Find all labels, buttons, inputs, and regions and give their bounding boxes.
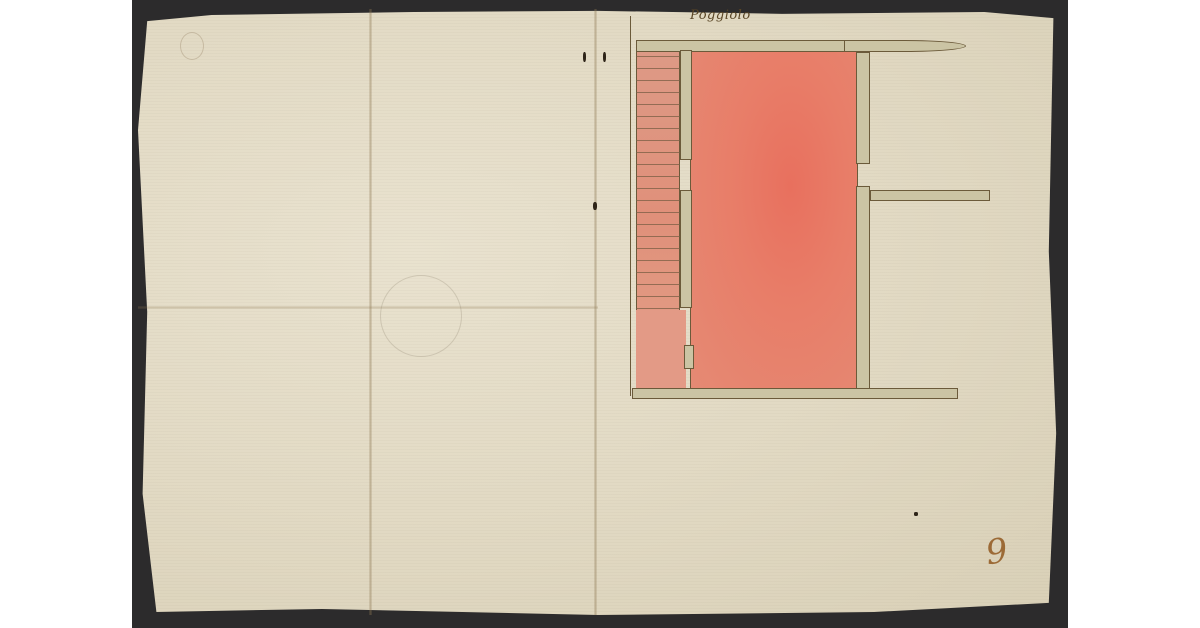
wall-top <box>636 40 860 52</box>
ink-mark <box>914 512 918 516</box>
fold-line-vertical-left <box>369 9 372 615</box>
manuscript-sheet <box>138 9 1058 615</box>
faded-folio-mark <box>180 32 204 60</box>
wall-left-middle <box>680 190 692 308</box>
fold-line-horizontal <box>138 306 598 309</box>
wall-right-upper <box>856 52 870 164</box>
center-gutter <box>594 9 597 615</box>
wall-top-extension <box>844 40 966 52</box>
wall-bottom <box>632 388 958 399</box>
stair-landing <box>636 310 686 392</box>
plan-caption: Poggiolo <box>690 8 751 23</box>
red-room <box>690 50 858 390</box>
wall-left-upper <box>680 50 692 160</box>
ink-mark <box>583 52 586 62</box>
wall-right-lower <box>856 186 870 390</box>
wall-pier <box>684 345 694 369</box>
plan-border-line <box>630 16 631 396</box>
ink-mark <box>593 202 597 210</box>
wall-partition-right <box>870 190 990 201</box>
stair-treads <box>636 45 680 310</box>
ink-mark <box>603 52 606 62</box>
watermark-circle <box>380 275 462 357</box>
